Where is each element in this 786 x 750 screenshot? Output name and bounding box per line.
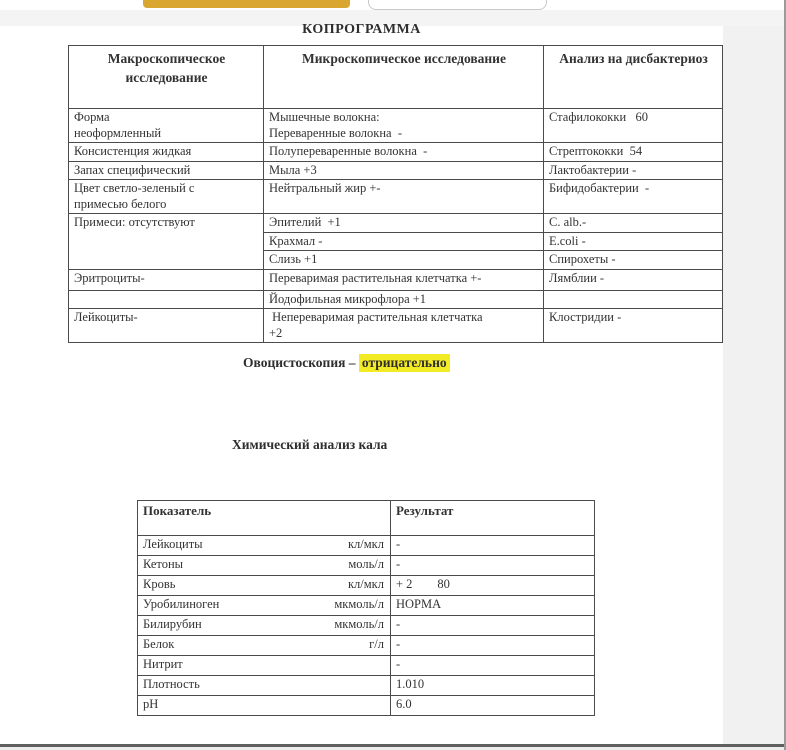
table-row: Эритроциты- Переваримая растительная кле…	[69, 269, 723, 290]
table-cell: Спирохеты -	[544, 251, 723, 270]
result-cell: + 2 80	[391, 576, 595, 596]
indicator-name: Билирубин	[143, 617, 202, 633]
indicator-unit: мкмоль/л	[334, 597, 386, 613]
table-row: Примеси: отсутствуют Эпителий +1 C. alb.…	[69, 214, 723, 233]
table-cell: Лактобактерии -	[544, 161, 723, 180]
table-cell: Стрептококки 54	[544, 143, 723, 162]
table-cell: Полупереваренные волокна -	[264, 143, 544, 162]
table-cell: Консистенция жидкая	[69, 143, 264, 162]
result-cell: 6.0	[391, 696, 595, 716]
table-header-row: Макроскопическое исследование Микроскопи…	[69, 46, 723, 109]
header-dysbacteriosis: Анализ на дисбактериоз	[544, 46, 723, 109]
screenshot-root: КОПРОГРАММА Макроскопическое исследовани…	[0, 0, 786, 750]
top-input-pill[interactable]	[368, 0, 547, 10]
indicator-name: Кетоны	[143, 557, 183, 573]
indicator-name: Нитрит	[143, 657, 183, 673]
table-row: Кровькл/мкл + 2 80	[138, 576, 595, 596]
table-row: Билирубинмкмоль/л -	[138, 616, 595, 636]
chemical-analysis-table: Показатель Результат Лейкоцитыкл/мкл - К…	[137, 500, 595, 716]
result-cell: -	[391, 536, 595, 556]
table-cell	[544, 290, 723, 309]
table-cell: Клостридии -	[544, 309, 723, 343]
table-cell: Примеси: отсутствуют	[69, 214, 264, 270]
table-cell: Мыла +3	[264, 161, 544, 180]
table-cell: Слизь +1	[264, 251, 544, 270]
table-cell: Лямблии -	[544, 269, 723, 290]
table-cell: Эритроциты-	[69, 269, 264, 290]
table-row: Цвет светло-зеленый с примесью белого Не…	[69, 180, 723, 214]
indicator-name: Кровь	[143, 577, 175, 593]
result-cell: -	[391, 636, 595, 656]
document-title: КОПРОГРАММА	[0, 22, 723, 38]
indicator-unit: мкмоль/л	[334, 617, 386, 633]
top-accent-button[interactable]	[143, 0, 350, 8]
page-right-margin	[723, 26, 786, 744]
table-cell: E.coli -	[544, 232, 723, 251]
indicator-name: Плотность	[143, 677, 200, 693]
table-cell: Переваримая растительная клетчатка +-	[264, 269, 544, 290]
table-cell	[69, 290, 264, 309]
table-cell: Нейтральный жир +-	[264, 180, 544, 214]
table-row: Форма неоформленный Мышечные волокна: Пе…	[69, 109, 723, 143]
indicator-unit: г/л	[369, 637, 386, 653]
table-row: Кетонымоль/л -	[138, 556, 595, 576]
indicator-name: pH	[143, 697, 158, 713]
table-row: pH 6.0	[138, 696, 595, 716]
table-cell: Бифидобактерии -	[544, 180, 723, 214]
table-cell: C. alb.-	[544, 214, 723, 233]
header-microscopic: Микроскопическое исследование	[264, 46, 544, 109]
ovocystoscopy-label: Овоцистоскопия –	[243, 355, 356, 370]
indicator-name: Белок	[143, 637, 174, 653]
table-row: Лейкоцитыкл/мкл -	[138, 536, 595, 556]
ovocystoscopy-value-highlight: отрицательно	[359, 354, 450, 372]
table-row: Йодофильная микрофлора +1	[69, 290, 723, 309]
table-row: Уробилиногенмкмоль/л НОРМА	[138, 596, 595, 616]
indicator-unit: кл/мкл	[348, 537, 386, 553]
header-result: Результат	[391, 501, 595, 536]
table-row: Нитрит -	[138, 656, 595, 676]
table-cell: Мышечные волокна: Переваренные волокна -	[264, 109, 544, 143]
table-row: Запах специфический Мыла +3 Лактобактери…	[69, 161, 723, 180]
table-row: Консистенция жидкая Полупереваренные вол…	[69, 143, 723, 162]
header-indicator: Показатель	[138, 501, 391, 536]
indicator-unit	[384, 677, 386, 693]
table-cell: Стафилококки 60	[544, 109, 723, 143]
coprogram-table: Макроскопическое исследование Микроскопи…	[68, 45, 723, 343]
indicator-unit: кл/мкл	[348, 577, 386, 593]
table-cell: Цвет светло-зеленый с примесью белого	[69, 180, 264, 214]
indicator-name: Уробилиноген	[143, 597, 219, 613]
indicator-name: Лейкоциты	[143, 537, 203, 553]
result-cell: -	[391, 616, 595, 636]
table-row: Лейкоциты- Непереваримая растительная кл…	[69, 309, 723, 343]
result-cell: -	[391, 656, 595, 676]
result-cell: -	[391, 556, 595, 576]
table-cell: Форма неоформленный	[69, 109, 264, 143]
result-cell: 1.010	[391, 676, 595, 696]
ovocystoscopy-result: Овоцистоскопия – отрицательно	[243, 355, 450, 371]
table-cell: Эпителий +1	[264, 214, 544, 233]
table-cell: Непереваримая растительная клетчатка +2	[264, 309, 544, 343]
table-row: Плотность 1.010	[138, 676, 595, 696]
table-header-row: Показатель Результат	[138, 501, 595, 536]
table-cell: Запах специфический	[69, 161, 264, 180]
result-cell: НОРМА	[391, 596, 595, 616]
table-cell: Йодофильная микрофлора +1	[264, 290, 544, 309]
table-cell: Крахмал -	[264, 232, 544, 251]
chemical-analysis-title: Химический анализ кала	[232, 437, 387, 453]
table-row: Белокг/л -	[138, 636, 595, 656]
header-macroscopic: Макроскопическое исследование	[69, 46, 264, 109]
indicator-unit: моль/л	[348, 557, 386, 573]
indicator-unit	[384, 697, 386, 713]
indicator-unit	[384, 657, 386, 673]
table-cell: Лейкоциты-	[69, 309, 264, 343]
